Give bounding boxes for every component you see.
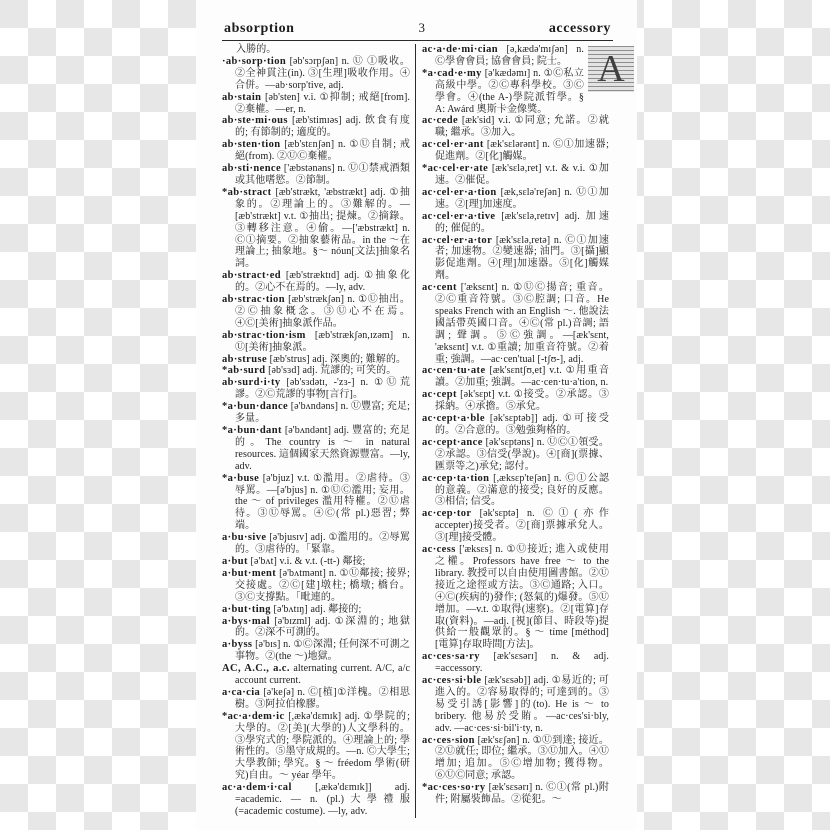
headword: ac·cept (422, 389, 457, 400)
dictionary-entry: a·but [ə'bʌt] v.i. & v.t. (-tt-) 鄰接; (222, 556, 410, 568)
section-letter-block: A (588, 46, 634, 92)
headword: *a·bun·dant (222, 425, 282, 436)
headword: ac·a·dem·i·cal (222, 782, 292, 793)
dictionary-entry: ab·stain [əb'sten] v.i. ①抑制; 戒絕[from]. ②… (222, 92, 410, 116)
dictionary-entry: ac·cept·a·ble [ək'sɛptəb]] adj. ①可接受的。②合… (422, 413, 609, 437)
headword: *ac·a·dem·ic (222, 711, 285, 722)
dictionary-entry: a·ca·cia [ə'keʃə] n. Ⓒ[植]①洋槐。②相思樹。③阿拉伯橡膠… (222, 687, 410, 711)
dictionary-entry: ac·cel·er·ant [æk'sɛlərənt] n. Ⓒ①加速器; 促進… (422, 139, 609, 163)
entry-body: [ə'keʃə] n. Ⓒ[植]①洋槐。②相思樹。③阿拉伯橡膠。 (235, 687, 410, 710)
entry-body: [æb'strus] adj. 深奧的; 難解的。 (270, 354, 407, 365)
headword: ab·sti·nence (222, 163, 281, 174)
dictionary-entry: ac·cept·ance [ək'sɛptəns] n. ⓊⒸ①領受。②承認。③… (422, 437, 609, 473)
text-columns: 入勝的。 ·ab·sorp·tion [əb'sɔrpʃən] n. Ⓤ ①吸收… (222, 44, 613, 818)
dictionary-entry: ac·cel·er·a·tor [æk'sɛlə,retə] n. Ⓒ①加速者;… (422, 235, 609, 283)
headword: ac·cel·er·ant (422, 139, 484, 150)
dictionary-entry: *ab·surd [əb'sɜd] adj. 荒謬的; 可笑的。 (222, 365, 410, 377)
headword: ac·cede (422, 115, 458, 126)
headword: ab·stain (222, 92, 261, 103)
headword: *a·cad·e·my (422, 68, 482, 79)
dictionary-entry: *a·buse [ə'bjuz] v.t. ①濫用。②虐待。③辱罵。—[ə'bj… (222, 473, 410, 533)
headword: ac·cent (422, 282, 457, 293)
entry-body: [ə'bʌtɪŋ] adj. 鄰接的; (274, 604, 362, 615)
left-entry-list: ·ab·sorp·tion [əb'sɔrpʃən] n. Ⓤ ①吸收。②全神貫… (222, 56, 410, 818)
page-number: 3 (418, 20, 425, 36)
headword: a·bu·sive (222, 532, 266, 543)
guide-word-right: accessory (549, 21, 611, 37)
dictionary-entry: AC, A.C., a.c. alternating current. A/C,… (222, 663, 410, 687)
headword: ac·cep·ta·tion (422, 473, 489, 484)
headword: ab·strac·tion (222, 294, 285, 305)
headword: a·ca·cia (222, 687, 260, 698)
page-header: absorption 3 accessory (222, 6, 613, 41)
dictionary-entry: a·byss [ə'bɪs] n. ①Ⓒ深淵; 任何深不可測之事物。②(the … (222, 639, 410, 663)
dictionary-entry: a·but·ting [ə'bʌtɪŋ] adj. 鄰接的; (222, 604, 410, 616)
entry-body: ['æksɛs] n. ①Ⓤ接近; 進入或使用之權。Professors hav… (435, 544, 609, 650)
headword: ac·cel·er·a·tor (422, 235, 492, 246)
entry-body: [ə'bjuz] v.t. ①濫用。②虐待。③辱罵。—[ə'bjus] n. ①… (235, 473, 410, 532)
entry-body: ['æksɛnt] n. ①ⓊⒸ揚音; 重音。②Ⓒ重音符號。③Ⓒ腔調; 口音。H… (435, 282, 609, 364)
dictionary-entry: *a·bun·dant [ə'bʌndənt] adj. 豐富的; 充足的。Th… (222, 425, 410, 473)
right-column: A ac·a·de·mi·cian [ə,kædə'mɪʃən] n. Ⓒ學會會… (416, 44, 609, 818)
entry-body: [æk'sid] v.i. ①同意; 允諾。②就職; 繼承。③加入。 (435, 115, 609, 138)
headword: *ac·cel·er·ate (422, 163, 488, 174)
dictionary-entry: a·bys·mal [ə'bɪzml] adj. ①深淵的; 地獄的。②深不可測… (222, 616, 410, 640)
headword: a·byss (222, 639, 252, 650)
headword: a·but (222, 556, 248, 567)
dictionary-entry: ac·cess ['æksɛs] n. ①Ⓤ接近; 進入或使用之權。Profes… (422, 544, 609, 651)
entry-body: [ə'bʌt] v.i. & v.t. (-tt-) 鄰接; (251, 556, 366, 567)
headword: ac·cen·tu·ate (422, 365, 486, 376)
headword: AC, A.C., a.c. (222, 663, 290, 674)
dictionary-entry: ac·cent ['æksɛnt] n. ①ⓊⒸ揚音; 重音。②Ⓒ重音符號。③Ⓒ… (422, 282, 609, 365)
entry-body: [ə'bɪs] n. ①Ⓒ深淵; 任何深不可測之事物。②(the ～)地獄。 (235, 639, 410, 662)
headword: a·but·ment (222, 568, 276, 579)
section-letter: A (597, 50, 624, 88)
guide-word-left: absorption (224, 21, 295, 37)
headword: ac·cel·er·a·tive (422, 211, 495, 222)
dictionary-entry: ac·ces·si·ble [æk'sɛsəb]] adj. ①易近的; 可進入… (422, 675, 609, 735)
dictionary-entry: ac·ces·sa·ry [æk'sɛsərɪ] n. & adj. =acce… (422, 651, 609, 675)
entry-body: [əb'sɜd] adj. 荒謬的; 可笑的。 (268, 365, 396, 376)
dictionary-entry: ac·cept [ək'sɛpt] v.t. ①接受。②承認。③採納。④承擔。⑤… (422, 389, 609, 413)
headword: ab·ste·mi·ous (222, 115, 288, 126)
headword: *ac·ces·so·ry (422, 782, 486, 793)
headword: *ab·surd (222, 365, 265, 376)
headword: a·bys·mal (222, 616, 270, 627)
right-entry-list: ac·a·de·mi·cian [ə,kædə'mɪʃən] n. Ⓒ學會會員;… (422, 44, 609, 806)
dictionary-entry: ab·ste·mi·ous [æb'stimɪəs] adj. 飲食有度的; 有… (222, 115, 410, 139)
dictionary-entry: ac·cel·er·a·tion [æk,sɛlə'reʃən] n. Ⓤ①加速… (422, 187, 609, 211)
entry-body: [ək'sɛpt] v.t. ①接受。②承認。③採納。④承擔。⑤承兌。 (435, 389, 609, 412)
headword: ·ab·sorp·tion (222, 56, 286, 67)
dictionary-entry: a·bu·sive [ə'bjusɪv] adj. ①濫用的。②辱罵的。③虐待的… (222, 532, 410, 556)
dictionary-entry: ac·cel·er·a·tive [æk'sɛlə,retɪv] adj. 加速… (422, 211, 609, 235)
dictionary-page: absorption 3 accessory 入勝的。 ·ab·sorp·tio… (196, 0, 637, 830)
left-column: 入勝的。 ·ab·sorp·tion [əb'sɔrpʃən] n. Ⓤ ①吸收… (222, 44, 415, 818)
headword: ab·struse (222, 354, 267, 365)
headword: ac·cep·tor (422, 508, 471, 519)
headword: ac·cel·er·a·tion (422, 187, 497, 198)
headword: ac·cept·a·ble (422, 413, 485, 424)
dictionary-entry: ab·surd·i·ty [əb'sɜdətɪ, -'zɜ-] n. ①Ⓤ荒謬。… (222, 377, 410, 401)
headword: ac·a·de·mi·cian (422, 44, 498, 55)
headword: *a·bun·dance (222, 401, 288, 412)
dictionary-entry: ab·sten·tion [æb'stɛnʃən] n. ①Ⓤ自制; 戒絕(fr… (222, 139, 410, 163)
entry-body: [əb'sten] v.i. ①抑制; 戒絕[from]. ②棄權。—er, n… (235, 92, 410, 115)
dictionary-entry: ab·sti·nence ['æbstənəns] n. Ⓤ①禁戒酒類或其他嗜慾… (222, 163, 410, 187)
dictionary-entry: ab·strac·tion·ism [æb'strækʃən,ɪzəm] n. … (222, 330, 410, 354)
headword: a·but·ting (222, 604, 271, 615)
headword: ab·sten·tion (222, 139, 280, 150)
entry-body: [æb'strækt, 'æbstrækt] adj. ①抽象的。②理論上的。③… (235, 187, 410, 269)
headword: ab·strac·tion·ism (222, 330, 306, 341)
dictionary-entry: *ac·a·dem·ic [,ækə'dɛmɪk] adj. ①學院的; 大學的… (222, 711, 410, 782)
dictionary-entry: *ab·stract [æb'strækt, 'æbstrækt] adj. ①… (222, 187, 410, 270)
dictionary-entry: *a·bun·dance [ə'bʌndəns] n. Ⓤ豐富; 充足; 多量。 (222, 401, 410, 425)
dictionary-entry: a·but·ment [ə'bʌtmənt] n. ①Ⓤ鄰接; 接界; 交接處。… (222, 568, 410, 604)
dictionary-entry: ac·cede [æk'sid] v.i. ①同意; 允諾。②就職; 繼承。③加… (422, 115, 609, 139)
dictionary-entry: *a·cad·e·my [ə'kædəmɪ] n. ①Ⓒ私立高級中學。②Ⓒ專科學… (422, 68, 609, 116)
dictionary-entry: *ac·ces·so·ry [æk'sɛsərɪ] n. Ⓒ①(常 pl.)附件… (422, 782, 609, 806)
headword: ab·surd·i·ty (222, 377, 280, 388)
headword: ac·ces·sion (422, 735, 475, 746)
dictionary-entry: ac·cep·ta·tion [,æksɛp'teʃən] n. Ⓒ①公認的意義… (422, 473, 609, 509)
headword: ab·stract·ed (222, 270, 281, 281)
dictionary-entry: ab·stract·ed [æb'stræktɪd] adj. ①抽象化的。②心… (222, 270, 410, 294)
headword: ac·ces·si·ble (422, 675, 481, 686)
headword: ac·cess (422, 544, 456, 555)
transparent-canvas: { "header": { "left_word": "absorption",… (0, 0, 830, 830)
dictionary-entry: ·ab·sorp·tion [əb'sɔrpʃən] n. Ⓤ ①吸收。②全神貫… (222, 56, 410, 92)
headword: ac·cept·ance (422, 437, 483, 448)
dictionary-entry: *ac·cel·er·ate [æk'sɛlə,ret] v.t. & v.i.… (422, 163, 609, 187)
headword: *ab·stract (222, 187, 272, 198)
dictionary-entry: ab·strac·tion [æb'strækʃən] n. ①Ⓤ抽出。②Ⓒ抽象… (222, 294, 410, 330)
dictionary-entry: ac·cen·tu·ate [æk'sɛntʃʊ,et] v.t. ①用重音讀。… (422, 365, 609, 389)
dictionary-entry: ac·a·dem·i·cal [,ækə'dɛmɪk]] adj. =acade… (222, 782, 410, 818)
dictionary-entry: ac·a·de·mi·cian [ə,kædə'mɪʃən] n. Ⓒ學會會員;… (422, 44, 609, 68)
dictionary-entry: ab·struse [æb'strus] adj. 深奧的; 難解的。 (222, 354, 410, 366)
headword: ac·ces·sa·ry (422, 651, 480, 662)
dictionary-entry: ac·ces·sion [æk'sɛʃən] n. ①Ⓤ到達; 接近。②Ⓤ就任;… (422, 735, 609, 783)
dictionary-entry: ac·cep·tor [ək'sɛptə] n. Ⓒ①(亦作 accepter)… (422, 508, 609, 544)
continuation-line: 入勝的。 (222, 44, 410, 56)
headword: *a·buse (222, 473, 259, 484)
